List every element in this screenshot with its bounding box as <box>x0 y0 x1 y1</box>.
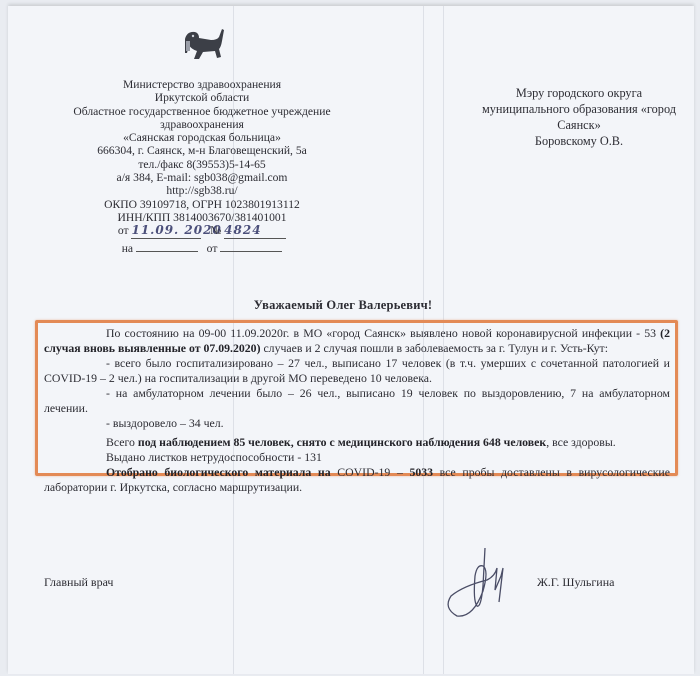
addressee-line: Мэру городского округа <box>474 85 684 101</box>
paragraph-observation: Всего под наблюдением 85 человек, снято … <box>44 435 670 450</box>
addressee-line: муниципального образования «город <box>474 101 684 117</box>
registration-line: от 11.09. 2020 № 4824 <box>58 224 346 239</box>
org-line: «Саянская городская больница» <box>58 131 346 144</box>
signatory-name: Ж.Г. Шульгина <box>537 575 614 590</box>
signatory-position: Главный врач <box>44 575 113 590</box>
org-line: а/я 384, E-mail: sgb038@gmail.com <box>58 171 346 184</box>
reference-line: на от <box>58 242 346 257</box>
org-line: 666304, г. Саянск, м-н Благовещенский, 5… <box>58 144 346 157</box>
org-line: Областное государственное бюджетное учре… <box>58 105 346 118</box>
letter-number: 4824 <box>224 223 261 237</box>
paragraph-outpatient: - на амбулаторном лечении было – 26 чел.… <box>44 386 670 416</box>
paragraph-hospitalized: - всего было госпитализировано – 27 чел.… <box>44 356 670 386</box>
handwritten-signature-icon <box>443 546 523 636</box>
addressee-line: Боровскому О.В. <box>474 133 684 149</box>
greeting: Уважаемый Олег Валерьевич! <box>0 298 686 313</box>
org-line: http://sgb38.ru/ <box>58 184 346 197</box>
organization-header: Министерство здравоохранения Иркутской о… <box>58 78 346 257</box>
on-label: на <box>122 242 133 255</box>
org-line: Министерство здравоохранения <box>58 78 346 91</box>
addressee-line: Саянск» <box>474 117 684 133</box>
org-line: ИНН/КПП 3814003670/381401001 <box>58 211 346 224</box>
from2-label: от <box>207 242 218 255</box>
paragraph-samples: Отобрано биологического материала на COV… <box>44 465 670 495</box>
number-label: № <box>210 224 221 237</box>
paragraph-cases: По состоянию на 09-00 11.09.2020г. в МО … <box>44 326 670 356</box>
org-line: тел./факс 8(39553)5-14-65 <box>58 158 346 171</box>
org-line: ОКПО 39109718, ОГРН 1023801913112 <box>58 198 346 211</box>
paragraph-sick-leave: Выдано листков нетрудоспособности - 131 <box>44 450 670 465</box>
coat-of-arms-icon <box>181 27 229 67</box>
org-line: здравоохранения <box>58 118 346 131</box>
from-label: от <box>118 224 129 237</box>
paragraph-recovered: - выздоровело – 34 чел. <box>44 416 670 431</box>
letter-body: По состоянию на 09-00 11.09.2020г. в МО … <box>44 326 670 495</box>
addressee-block: Мэру городского округа муниципального об… <box>474 85 684 149</box>
org-line: Иркутской области <box>58 91 346 104</box>
letter-date: 11.09. 2020 <box>131 223 221 237</box>
